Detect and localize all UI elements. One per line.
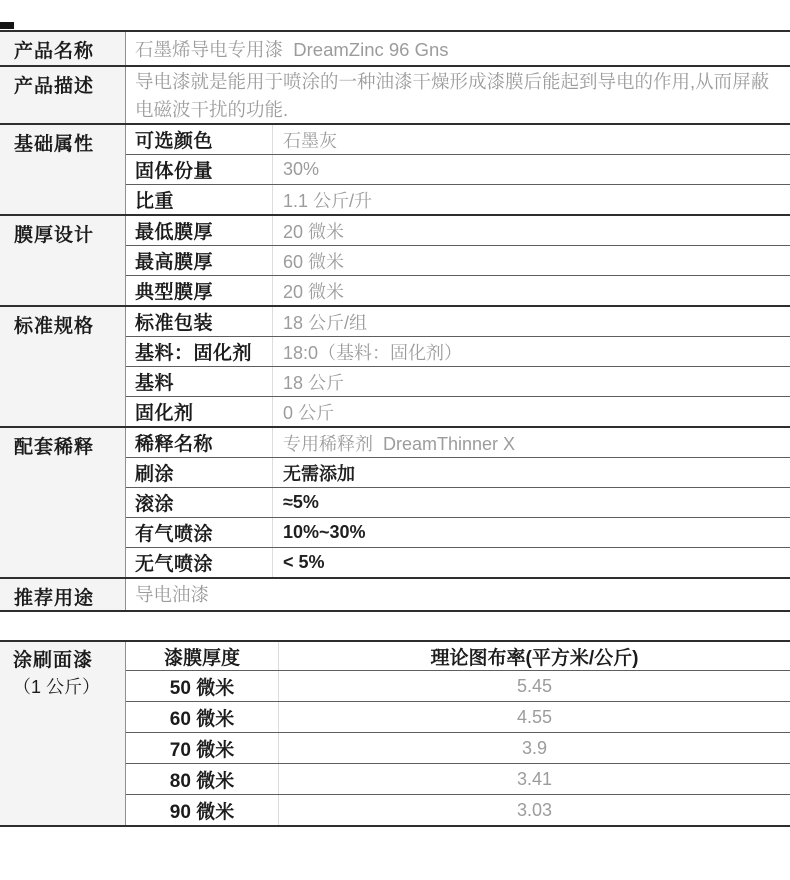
spec-row: 有气喷涂 10%~30% <box>126 517 790 547</box>
section-basic-properties: 基础属性 可选颜色 石墨灰 固体份量 30% 比重 1.1 公斤/升 <box>0 125 790 216</box>
property-name: 最高膜厚 <box>126 246 272 275</box>
property-name: 无气喷涂 <box>126 548 272 577</box>
spec-row: 最高膜厚 60 微米 <box>126 245 790 275</box>
product-description-value: 导电漆就是能用于喷涂的一种油漆干燥形成漆膜后能起到导电的作用,从而屏蔽电磁波干扰… <box>126 67 790 123</box>
property-name: 刷涂 <box>126 458 272 487</box>
property-value: 18:0（基料：固化剂） <box>272 337 790 366</box>
thickness-value: 80 微米 <box>126 764 278 794</box>
property-name: 标准包装 <box>126 307 272 336</box>
property-name: 固体份量 <box>126 155 272 184</box>
spec-row: 可选颜色 石墨灰 <box>126 125 790 154</box>
coverage-value: 3.03 <box>278 795 790 825</box>
spec-row: 导电油漆 <box>126 579 790 608</box>
section-product-name: 产品名称 石墨烯导电专用漆 DreamZinc 96 Gns <box>0 32 790 67</box>
thickness-value: 60 微米 <box>126 702 278 732</box>
spec-row: 滚涂 ≈5% <box>126 487 790 517</box>
property-value: < 5% <box>272 548 790 577</box>
coverage-value: 3.41 <box>278 764 790 794</box>
property-value: 18 公斤 <box>272 367 790 396</box>
section-label: 推荐用途 <box>0 579 126 610</box>
spec-row: 比重 1.1 公斤/升 <box>126 184 790 214</box>
coverage-value: 5.45 <box>278 671 790 701</box>
property-value: 0 公斤 <box>272 397 790 426</box>
spec-row: 基料 18 公斤 <box>126 366 790 396</box>
property-value: 18 公斤/组 <box>272 307 790 336</box>
section-film-thickness: 膜厚设计 最低膜厚 20 微米 最高膜厚 60 微米 典型膜厚 20 微米 <box>0 216 790 307</box>
thickness-value: 70 微米 <box>126 733 278 763</box>
coverage-row: 90 微米 3.03 <box>126 794 790 825</box>
property-name: 稀释名称 <box>126 428 272 457</box>
coverage-row: 50 微米 5.45 <box>126 670 790 701</box>
property-name: 比重 <box>126 185 272 214</box>
coverage-column-header: 理论图布率(平方米/公斤) <box>278 642 790 670</box>
coverage-label-cell: 涂刷面漆 （1 公斤） <box>0 642 126 825</box>
section-label: 膜厚设计 <box>0 216 126 305</box>
property-name: 基料：固化剂 <box>126 337 272 366</box>
property-value: 专用稀释剂 DreamThinner X <box>272 428 790 457</box>
section-label: 基础属性 <box>0 125 126 214</box>
property-value: 30% <box>272 155 790 184</box>
spec-row: 固体份量 30% <box>126 154 790 184</box>
property-value: 60 微米 <box>272 246 790 275</box>
property-name: 基料 <box>126 367 272 396</box>
spec-row: 石墨烯导电专用漆 DreamZinc 96 Gns <box>126 32 790 65</box>
property-value: ≈5% <box>272 488 790 517</box>
spec-table: 产品名称 石墨烯导电专用漆 DreamZinc 96 Gns 产品描述 导电漆就… <box>0 30 790 612</box>
section-standard-spec: 标准规格 标准包装 18 公斤/组 基料：固化剂 18:0（基料：固化剂） 基料… <box>0 307 790 428</box>
spec-row: 导电漆就是能用于喷涂的一种油漆干燥形成漆膜后能起到导电的作用,从而屏蔽电磁波干扰… <box>126 67 790 123</box>
thickness-column-header: 漆膜厚度 <box>126 642 278 670</box>
recommended-use-value: 导电油漆 <box>126 579 790 608</box>
spec-row: 典型膜厚 20 微米 <box>126 275 790 305</box>
product-spec-sheet: 产品名称 石墨烯导电专用漆 DreamZinc 96 Gns 产品描述 导电漆就… <box>0 0 790 880</box>
property-value: 无需添加 <box>272 458 790 487</box>
coverage-table: 涂刷面漆 （1 公斤） 漆膜厚度 理论图布率(平方米/公斤) 50 微米 5.4… <box>0 640 790 827</box>
property-name: 可选颜色 <box>126 125 272 154</box>
coverage-label-title: 涂刷面漆 <box>13 645 125 672</box>
spec-row: 基料：固化剂 18:0（基料：固化剂） <box>126 336 790 366</box>
spec-row: 固化剂 0 公斤 <box>126 396 790 426</box>
coverage-row: 60 微米 4.55 <box>126 701 790 732</box>
section-recommended-use: 推荐用途 导电油漆 <box>0 579 790 612</box>
section-dilution: 配套稀释 稀释名称 专用稀释剂 DreamThinner X 刷涂 无需添加 滚… <box>0 428 790 579</box>
property-value: 20 微米 <box>272 276 790 305</box>
spec-row: 最低膜厚 20 微米 <box>126 216 790 245</box>
property-name: 最低膜厚 <box>126 216 272 245</box>
property-value: 1.1 公斤/升 <box>272 185 790 214</box>
section-label: 产品描述 <box>0 67 126 123</box>
spec-row: 刷涂 无需添加 <box>126 457 790 487</box>
property-name: 有气喷涂 <box>126 518 272 547</box>
coverage-value: 3.9 <box>278 733 790 763</box>
thickness-value: 90 微米 <box>126 795 278 825</box>
corner-mark <box>0 22 14 29</box>
section-label: 产品名称 <box>0 32 126 65</box>
section-label: 标准规格 <box>0 307 126 426</box>
spec-row: 标准包装 18 公斤/组 <box>126 307 790 336</box>
property-value: 石墨灰 <box>272 125 790 154</box>
spec-row: 稀释名称 专用稀释剂 DreamThinner X <box>126 428 790 457</box>
section-label: 配套稀释 <box>0 428 126 577</box>
property-value: 10%~30% <box>272 518 790 547</box>
coverage-value: 4.55 <box>278 702 790 732</box>
property-name: 固化剂 <box>126 397 272 426</box>
product-name-value: 石墨烯导电专用漆 DreamZinc 96 Gns <box>126 32 790 65</box>
coverage-label-unit: （1 公斤） <box>13 672 125 702</box>
property-name: 滚涂 <box>126 488 272 517</box>
coverage-row: 70 微米 3.9 <box>126 732 790 763</box>
coverage-row: 80 微米 3.41 <box>126 763 790 794</box>
property-value: 20 微米 <box>272 216 790 245</box>
coverage-header-row: 漆膜厚度 理论图布率(平方米/公斤) <box>126 642 790 670</box>
thickness-value: 50 微米 <box>126 671 278 701</box>
spec-row: 无气喷涂 < 5% <box>126 547 790 577</box>
section-product-description: 产品描述 导电漆就是能用于喷涂的一种油漆干燥形成漆膜后能起到导电的作用,从而屏蔽… <box>0 67 790 125</box>
property-name: 典型膜厚 <box>126 276 272 305</box>
